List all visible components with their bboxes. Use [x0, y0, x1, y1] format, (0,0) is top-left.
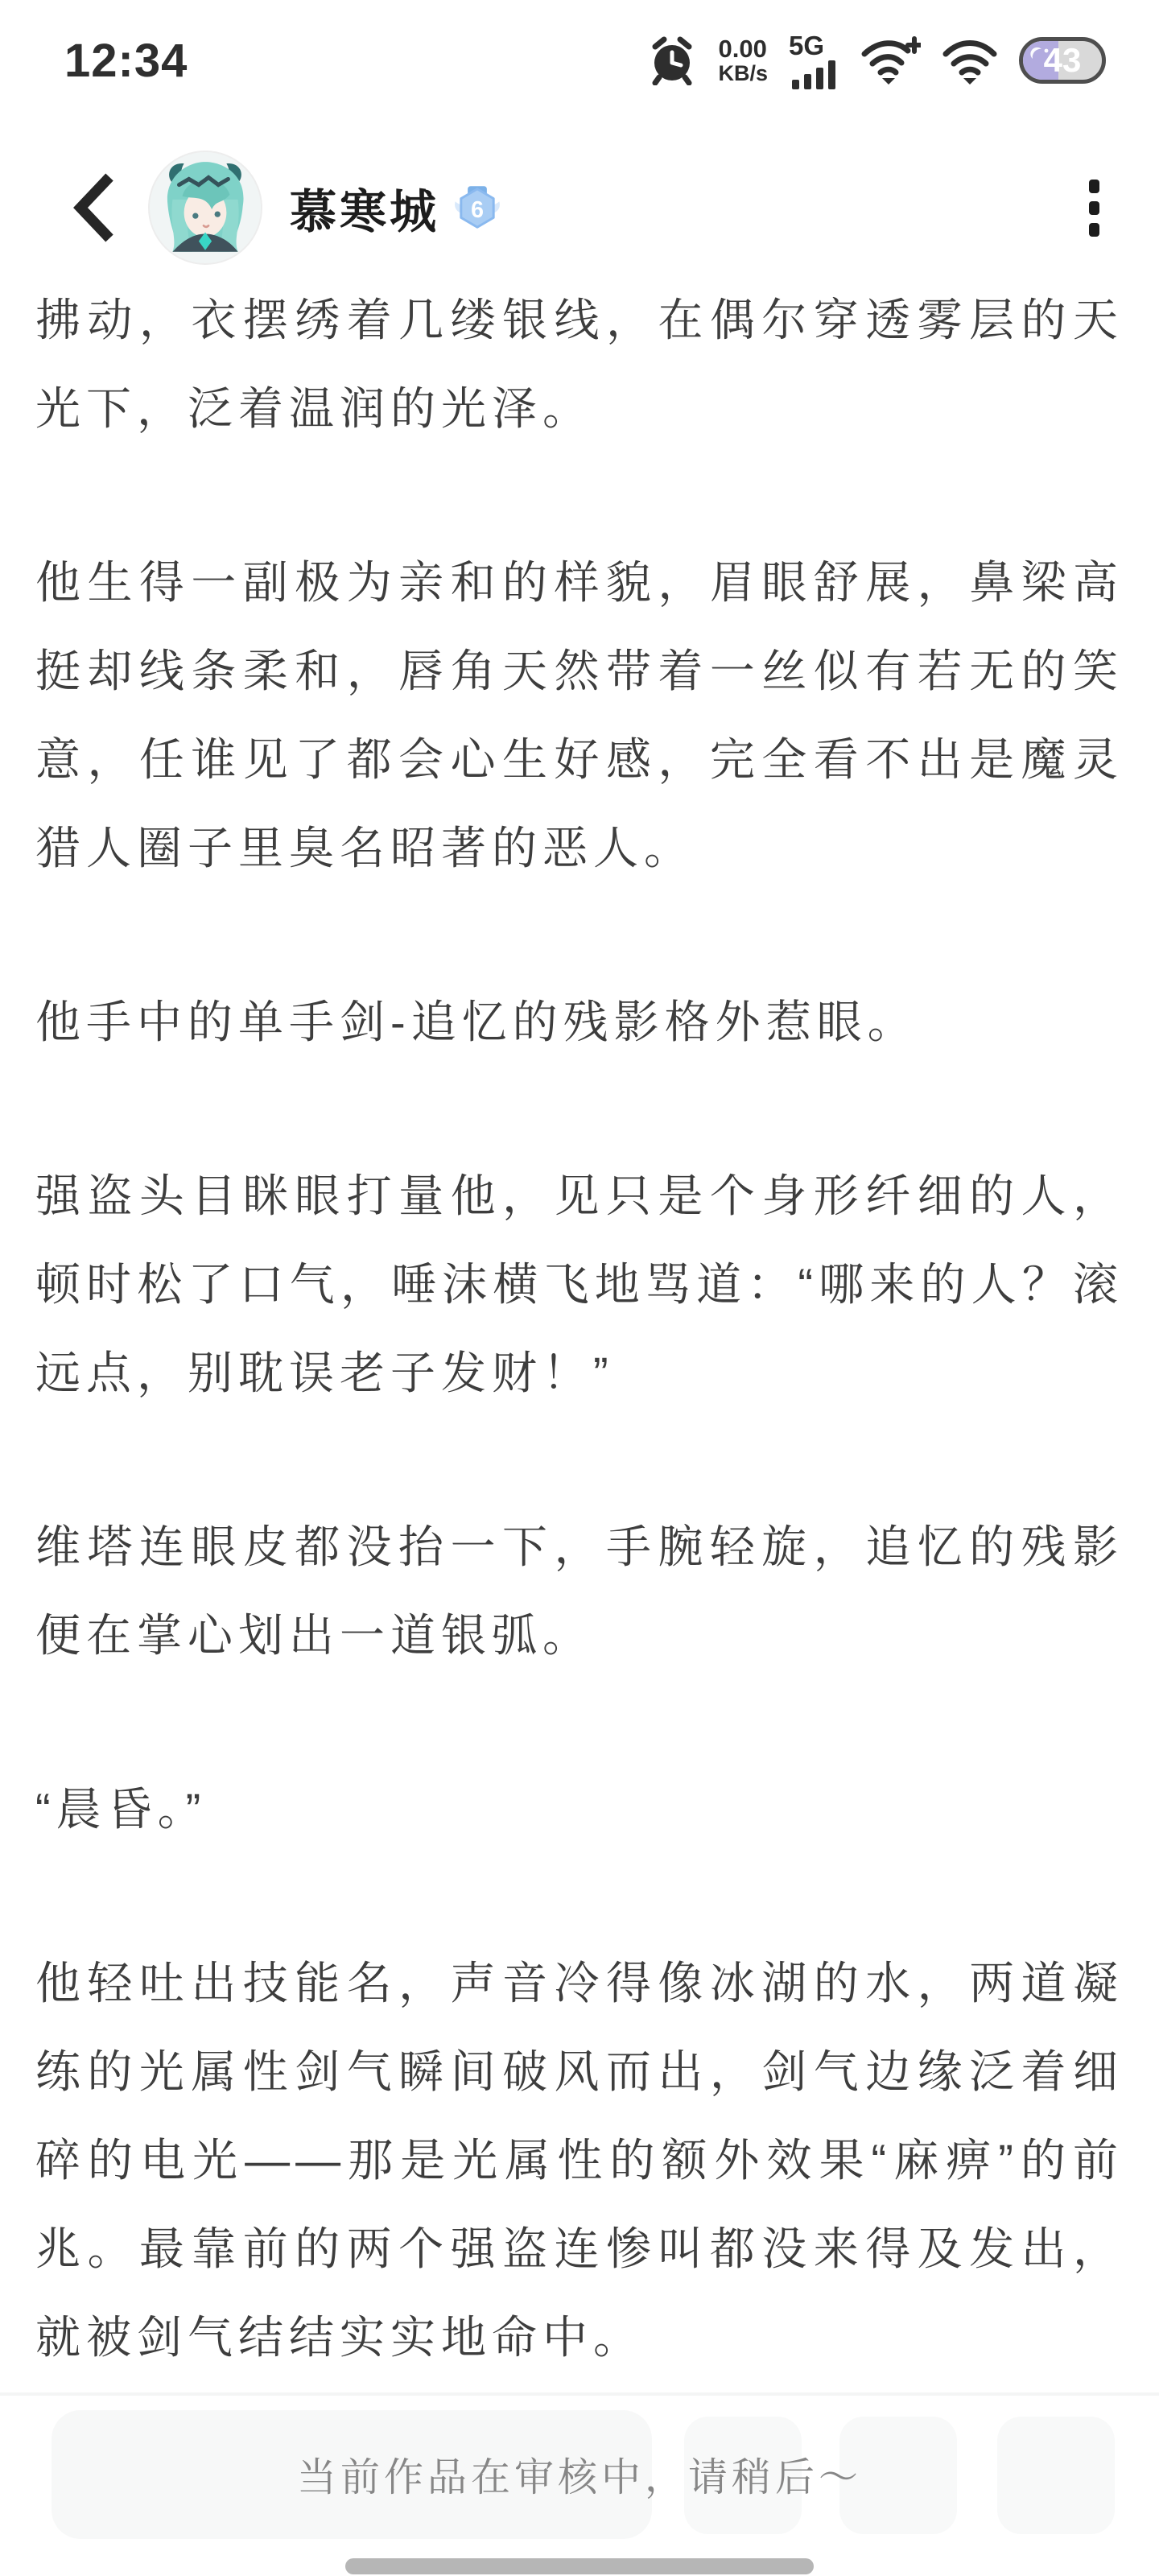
home-indicator[interactable] [345, 2558, 814, 2574]
kebab-dot [1089, 201, 1099, 215]
battery-indicator: 43 [1019, 37, 1106, 84]
story-content[interactable]: 拂动，衣摆绣着几缕银线，在偶尔穿透雾层的天光下，泛着温润的光泽。 他生得一副极为… [0, 276, 1159, 2389]
message-input[interactable] [52, 2410, 652, 2539]
kebab-dot [1089, 180, 1099, 193]
bottom-bar: 当前作品在审核中，请稍后～ [0, 2392, 1159, 2576]
battery-percentage: 43 [1023, 41, 1102, 80]
avatar-illustration [150, 152, 261, 263]
wifi-plus-icon [860, 36, 921, 85]
network-speed: 0.00 KB/s [718, 36, 768, 85]
avatar[interactable] [148, 151, 262, 265]
status-icons: 0.00 KB/s 5G [647, 32, 1106, 89]
network-type-label: 5G [789, 32, 824, 59]
back-icon [68, 169, 119, 246]
network-speed-value: 0.00 [718, 36, 766, 63]
cellular-signal: 5G [789, 32, 839, 89]
wifi-icon [942, 36, 998, 85]
action-button-2[interactable] [839, 2417, 957, 2534]
story-paragraph: 他轻吐出技能名，声音冷得像冰湖的水，两道凝练的光属性剑气瞬间破风而出，剑气边缘泛… [35, 1939, 1124, 2382]
story-paragraph: 拂动，衣摆绣着几缕银线，在偶尔穿透雾层的天光下，泛着温润的光泽。 [35, 276, 1124, 453]
network-speed-unit: KB/s [718, 62, 768, 85]
page-title: 慕寒城 [290, 174, 439, 242]
story-paragraph: “晨昏。” [35, 1765, 1124, 1854]
level-badge-icon: 6 [452, 185, 502, 231]
signal-bars-icon [789, 60, 839, 89]
story-paragraph: 他手中的单手剑-追忆的残影格外惹眼。 [35, 978, 1124, 1067]
status-time: 12:34 [64, 34, 188, 88]
level-badge-number: 6 [471, 196, 484, 222]
more-options-button[interactable] [1081, 175, 1107, 242]
chat-header: 慕寒城 6 [0, 127, 1159, 288]
back-button[interactable] [68, 169, 119, 246]
alarm-clock-icon [647, 35, 697, 85]
action-button-1[interactable] [684, 2417, 802, 2534]
action-button-3[interactable] [997, 2417, 1115, 2534]
story-paragraph: 强盗头目眯眼打量他，见只是个身形纤细的人，顿时松了口气，唾沫横飞地骂道：“哪来的… [35, 1152, 1124, 1418]
story-paragraph: 维塔连眼皮都没抬一下，手腕轻旋，追忆的残影便在掌心划出一道银弧。 [35, 1503, 1124, 1680]
story-paragraph: 他生得一副极为亲和的样貌，眉眼舒展，鼻梁高挺却线条柔和，唇角天然带着一丝似有若无… [35, 539, 1124, 893]
app-screen: 12:34 0.00 KB/s 5G [0, 0, 1159, 2576]
status-bar: 12:34 0.00 KB/s 5G [0, 0, 1159, 113]
kebab-dot [1089, 223, 1099, 237]
